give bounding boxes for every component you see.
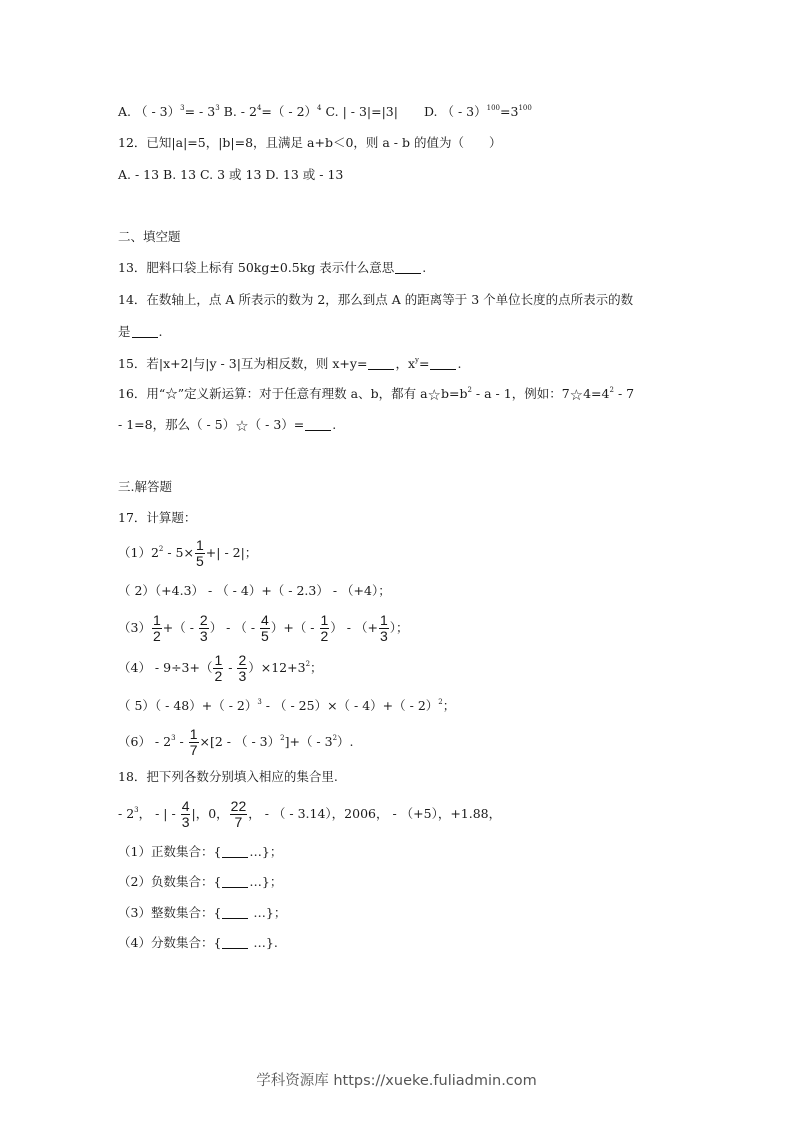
q16-line2: - 1=8，那么（ - 5）☆（ - 3）=.	[118, 416, 336, 434]
q17-part4: （4） - 9÷3+（12 - 23）×12+32；	[118, 652, 323, 684]
fraction: 23	[237, 653, 247, 684]
q16-text: （ - 3）=	[249, 417, 305, 432]
q13: 13．肥料口袋上标有 50kg±0.5kg 表示什么意思.	[118, 259, 426, 277]
denominator: 5	[195, 554, 205, 569]
q15-text: 15．若|x+2|与|y - 3|互为相反数，则 x+y=	[118, 356, 367, 371]
denominator: 7	[189, 743, 199, 758]
q12-stem: 12．已知|a|=5，|b|=8，且满足 a+b＜0，则 a - b 的值为（ …	[118, 134, 502, 152]
numerator: 1	[152, 613, 162, 629]
expr: ） - （+	[330, 620, 378, 635]
denominator: 5	[260, 629, 270, 644]
set-label: （2）负数集合：{	[118, 874, 221, 889]
q17-stem: 17．计算题：	[118, 509, 196, 527]
numerator: 4	[181, 799, 191, 815]
expr: - 2	[118, 806, 134, 821]
expr: |，0，	[191, 806, 228, 821]
q14-line2: 是.	[118, 323, 163, 341]
q11-options: A. （ - 3）3= - 33 B. - 24=（ - 2）4 C. | - …	[118, 103, 532, 121]
section-title-solve: 三.解答题	[118, 478, 172, 496]
q16-line1: 16．用“☆”定义新运算：对于任意有理数 a、b，都有 a☆b=b2 - a -…	[118, 385, 634, 403]
q13-text: 13．肥料口袋上标有 50kg±0.5kg 表示什么意思	[118, 260, 394, 275]
denominator: 2	[152, 629, 162, 644]
expr: ）+（ -	[271, 620, 319, 635]
set-tail: …}.	[249, 935, 277, 950]
expr: ]+（ - 3	[285, 734, 333, 749]
q16-text: - 1=8，那么（ - 5）	[118, 417, 235, 432]
expr: ）.	[337, 734, 353, 749]
denominator: 3	[199, 629, 209, 644]
expr: - 5×	[163, 545, 194, 560]
punct: .	[332, 417, 336, 432]
answer-blank-sum[interactable]	[368, 357, 394, 370]
expr: ） - （ -	[210, 620, 259, 635]
numerator: 1	[189, 727, 199, 743]
option-b-expr: - 2	[237, 104, 257, 119]
set-positive: （1）正数集合：{…}；	[118, 843, 282, 861]
fraction: 17	[189, 727, 199, 758]
set-label: （1）正数集合：{	[118, 844, 221, 859]
q17-part6: （6） - 23 - 17×[2 - （ - 3）2]+（ - 32）.	[118, 726, 354, 758]
expr: ， - | -	[139, 806, 180, 821]
exponent: 100	[487, 104, 500, 112]
set-label: （4）分数集合：{	[118, 935, 221, 950]
exponent: 100	[518, 104, 531, 112]
expr: ×[2 - （ - 3）	[200, 734, 281, 749]
expr: -	[176, 734, 188, 749]
set-tail: …}；	[249, 874, 282, 889]
q16-text: 16．用“☆”定义新运算：对于任意有理数 a、b，都有 a	[118, 386, 428, 401]
expr: （1）2	[118, 545, 159, 560]
denominator: 2	[213, 669, 223, 684]
q16-text: - 7	[614, 386, 634, 401]
q16-text: b=b	[441, 386, 467, 401]
denominator: 2	[320, 629, 330, 644]
fraction: 12	[320, 613, 330, 644]
option-b-expr: =（ - 2）	[261, 104, 317, 119]
answer-blank[interactable]	[222, 936, 248, 949]
set-tail: …}；	[249, 844, 282, 859]
fraction: 12	[152, 613, 162, 644]
option-c-expr: | - 3|=|3|	[343, 104, 398, 119]
option-a-expr: = - 3	[185, 104, 216, 119]
expr: - （ - 25）×（ - 4）+（ - 2）	[262, 698, 438, 713]
expr: ）×12+3	[248, 660, 305, 675]
answer-blank[interactable]	[222, 906, 248, 919]
set-fraction: （4）分数集合：{ …}.	[118, 934, 278, 952]
expr: ）；	[390, 620, 409, 635]
option-d-label: D.	[424, 104, 438, 119]
option-a-expr: （ - 3）	[135, 104, 180, 119]
answer-blank[interactable]	[222, 875, 248, 888]
q17-part1: （1）22 - 5×15+| - 2|；	[118, 537, 257, 569]
answer-blank[interactable]	[222, 845, 248, 858]
q15: 15．若|x+2|与|y - 3|互为相反数，则 x+y=，xy=.	[118, 355, 461, 373]
answer-blank[interactable]	[395, 261, 421, 274]
denominator: 3	[379, 629, 389, 644]
numerator: 22	[230, 799, 248, 815]
numerator: 2	[199, 613, 209, 629]
q18-stem: 18．把下列各数分别填入相应的集合里.	[118, 768, 338, 786]
option-a-label: A.	[118, 104, 131, 119]
denominator: 7	[230, 815, 248, 830]
expr: -	[224, 660, 236, 675]
exponent: 4	[317, 104, 321, 112]
fraction: 227	[230, 799, 248, 830]
expr: （4） - 9÷3+（	[118, 660, 212, 675]
answer-blank-power[interactable]	[430, 357, 456, 370]
numerator: 1	[379, 613, 389, 629]
part-label: （3）	[118, 620, 151, 635]
numerator: 1	[195, 538, 205, 554]
answer-blank[interactable]	[305, 418, 331, 431]
expr: ；	[310, 660, 323, 675]
fraction: 12	[213, 653, 223, 684]
fraction: 23	[199, 613, 209, 644]
q14-line1: 14．在数轴上，点 A 所表示的数为 2，那么到点 A 的距离等于 3 个单位长…	[118, 291, 633, 309]
fraction: 15	[195, 538, 205, 569]
section-title-fill-in: 二、填空题	[118, 228, 181, 246]
q17-part2: （ 2）（+4.3） - （ - 4）+（ - 2.3） - （+4）；	[118, 582, 391, 600]
q16-text: 4=4	[583, 386, 609, 401]
expr: +（ -	[163, 620, 198, 635]
option-d-expr: =3	[500, 104, 518, 119]
expr: ， - （ - 3.14），2006， - （+5），+1.88，	[248, 806, 501, 821]
q15-text: =	[419, 356, 429, 371]
set-negative: （2）负数集合：{…}；	[118, 873, 282, 891]
option-b-label: B.	[224, 104, 237, 119]
option-c-label: C.	[325, 104, 338, 119]
expr: （ 5）（ - 48）+（ - 2）	[118, 698, 257, 713]
q15-text: ，x	[395, 356, 415, 371]
q17-part5: （ 5）（ - 48）+（ - 2）3 - （ - 25）×（ - 4）+（ -…	[118, 697, 455, 715]
q17-part3: （3）12+（ - 23） - （ - 45）+（ - 12） - （+13）；	[118, 612, 409, 644]
option-d-expr: （ - 3）	[442, 104, 487, 119]
q16-text: - a - 1，例如：7	[472, 386, 570, 401]
expr: +| - 2|；	[206, 545, 258, 560]
set-tail: …}；	[249, 905, 286, 920]
exponent: 3	[215, 104, 219, 112]
q18-numbers: - 23， - | - 43|，0，227， - （ - 3.14），2006，…	[118, 798, 501, 830]
numerator: 2	[237, 653, 247, 669]
expr: （6） - 2	[118, 734, 171, 749]
punct: .	[159, 324, 163, 339]
numerator: 1	[320, 613, 330, 629]
fraction: 43	[181, 799, 191, 830]
denominator: 3	[237, 669, 247, 684]
watermark-footer: 学科资源库 https://xueke.fuliadmin.com	[0, 1069, 793, 1090]
fraction: 45	[260, 613, 270, 644]
numerator: 4	[260, 613, 270, 629]
q14-text: 是	[118, 324, 131, 339]
q12-options: A. - 13 B. 13 C. 3 或 13 D. 13 或 - 13	[118, 166, 343, 184]
punct: .	[422, 260, 426, 275]
denominator: 3	[181, 815, 191, 830]
set-integer: （3）整数集合：{ …}；	[118, 904, 286, 922]
numerator: 1	[213, 653, 223, 669]
answer-blank[interactable]	[132, 325, 158, 338]
punct: .	[457, 356, 461, 371]
fraction: 13	[379, 613, 389, 644]
set-label: （3）整数集合：{	[118, 905, 221, 920]
expr: ；	[443, 698, 456, 713]
